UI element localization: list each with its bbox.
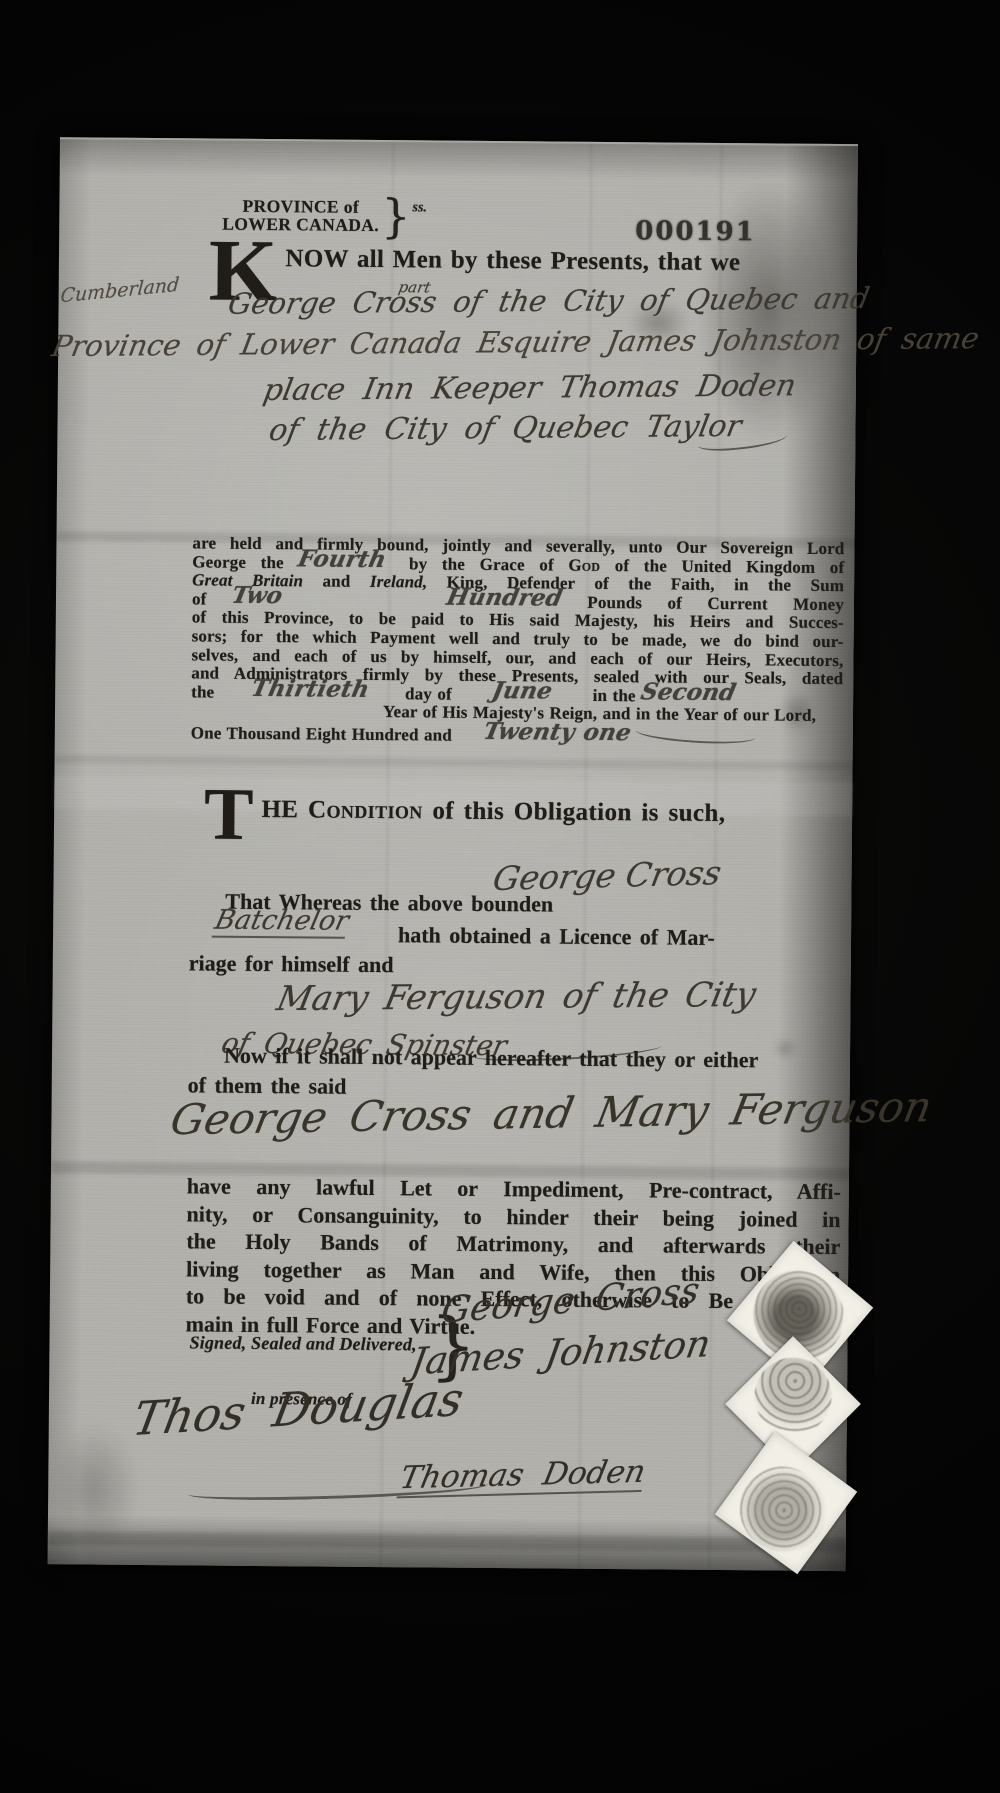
scan-background: PROVINCE of LOWER CANADA. } ss. 000191 K… bbox=[0, 0, 1000, 1793]
bond-text: the bbox=[191, 682, 214, 701]
condition-heading: T HE Condition of this Obligation is suc… bbox=[204, 785, 726, 848]
bond-text: in the bbox=[593, 686, 636, 705]
bond-text: day of bbox=[405, 684, 452, 703]
handwritten-sum: Two Hundred bbox=[232, 596, 562, 599]
fold-crease bbox=[48, 1531, 846, 1552]
handwritten-groom-name: George Cross bbox=[490, 853, 725, 898]
impediment-text: have any lawful Let or Impediment, Pre-c… bbox=[187, 1173, 841, 1204]
brace-glyph: } bbox=[381, 198, 411, 234]
impediment-text: living together as Man and Wife, then th… bbox=[186, 1256, 840, 1287]
bond-text: by the Grace of bbox=[409, 554, 554, 574]
bond-clause: are held and firmly bound, jointly and s… bbox=[191, 534, 845, 744]
signature-thomas-doden: Thomas Doden bbox=[396, 1454, 648, 1499]
document-paper: PROVINCE of LOWER CANADA. } ss. 000191 K… bbox=[48, 137, 858, 1571]
handwritten-king-ordinal: Fourth bbox=[298, 559, 394, 560]
now-line1: Now if it shall not appear hereafter tha… bbox=[224, 1043, 759, 1074]
dropcap-T: T bbox=[204, 785, 254, 843]
impediment-text: the Holy Bands of Matrimony, and afterwa… bbox=[186, 1228, 840, 1259]
bond-text: of the United Kingdom of bbox=[615, 556, 845, 577]
fold-crease bbox=[55, 755, 853, 770]
ink-stain bbox=[774, 1039, 796, 1057]
bond-text: of bbox=[192, 589, 207, 608]
handwritten-parties-line1: George Cross of the City of Quebec and bbox=[225, 281, 872, 321]
handwritten-year: Twenty one bbox=[457, 732, 630, 734]
attestation-line1: Signed, Sealed and Delivered, bbox=[189, 1332, 416, 1355]
condition-text: HE bbox=[261, 796, 298, 823]
bond-text: One Thousand Eight Hundred and bbox=[191, 723, 452, 744]
whereas-line2: hath obtained a Licence of Mar- bbox=[398, 922, 715, 951]
handwritten-bride-line1: Mary Ferguson of the City bbox=[273, 975, 759, 1019]
bond-text: George the bbox=[192, 552, 284, 572]
handwritten-parties-line3: place Inn Keeper Thomas Doden bbox=[261, 368, 799, 408]
handwritten-month: June bbox=[457, 690, 587, 691]
handwritten-margin-word: Cumberland bbox=[60, 274, 180, 308]
opening-text: NOW all Men by these Presents, that we bbox=[285, 245, 740, 277]
condition-text-smallcaps: Condition bbox=[308, 796, 423, 824]
handwritten-regnal-year: Second bbox=[641, 692, 735, 693]
handwritten-day: Thirtieth bbox=[220, 688, 400, 690]
pen-flourish bbox=[635, 720, 756, 747]
bond-text-smallcaps: God bbox=[568, 555, 600, 574]
jurisdiction-abbr: ss. bbox=[412, 200, 427, 216]
condition-heading-text: HE Condition of this Obligation is such, bbox=[261, 796, 725, 828]
whereas-line3: riage for himself and bbox=[189, 950, 394, 978]
condition-text: of this Obligation is such, bbox=[432, 797, 725, 827]
impediment-text: nity, or Consanguinity, to hinder their … bbox=[187, 1201, 841, 1232]
handwritten-parties-line4: of the City of Quebec Taylor bbox=[266, 409, 744, 448]
handwritten-groom-status: Batchelor bbox=[212, 905, 352, 939]
